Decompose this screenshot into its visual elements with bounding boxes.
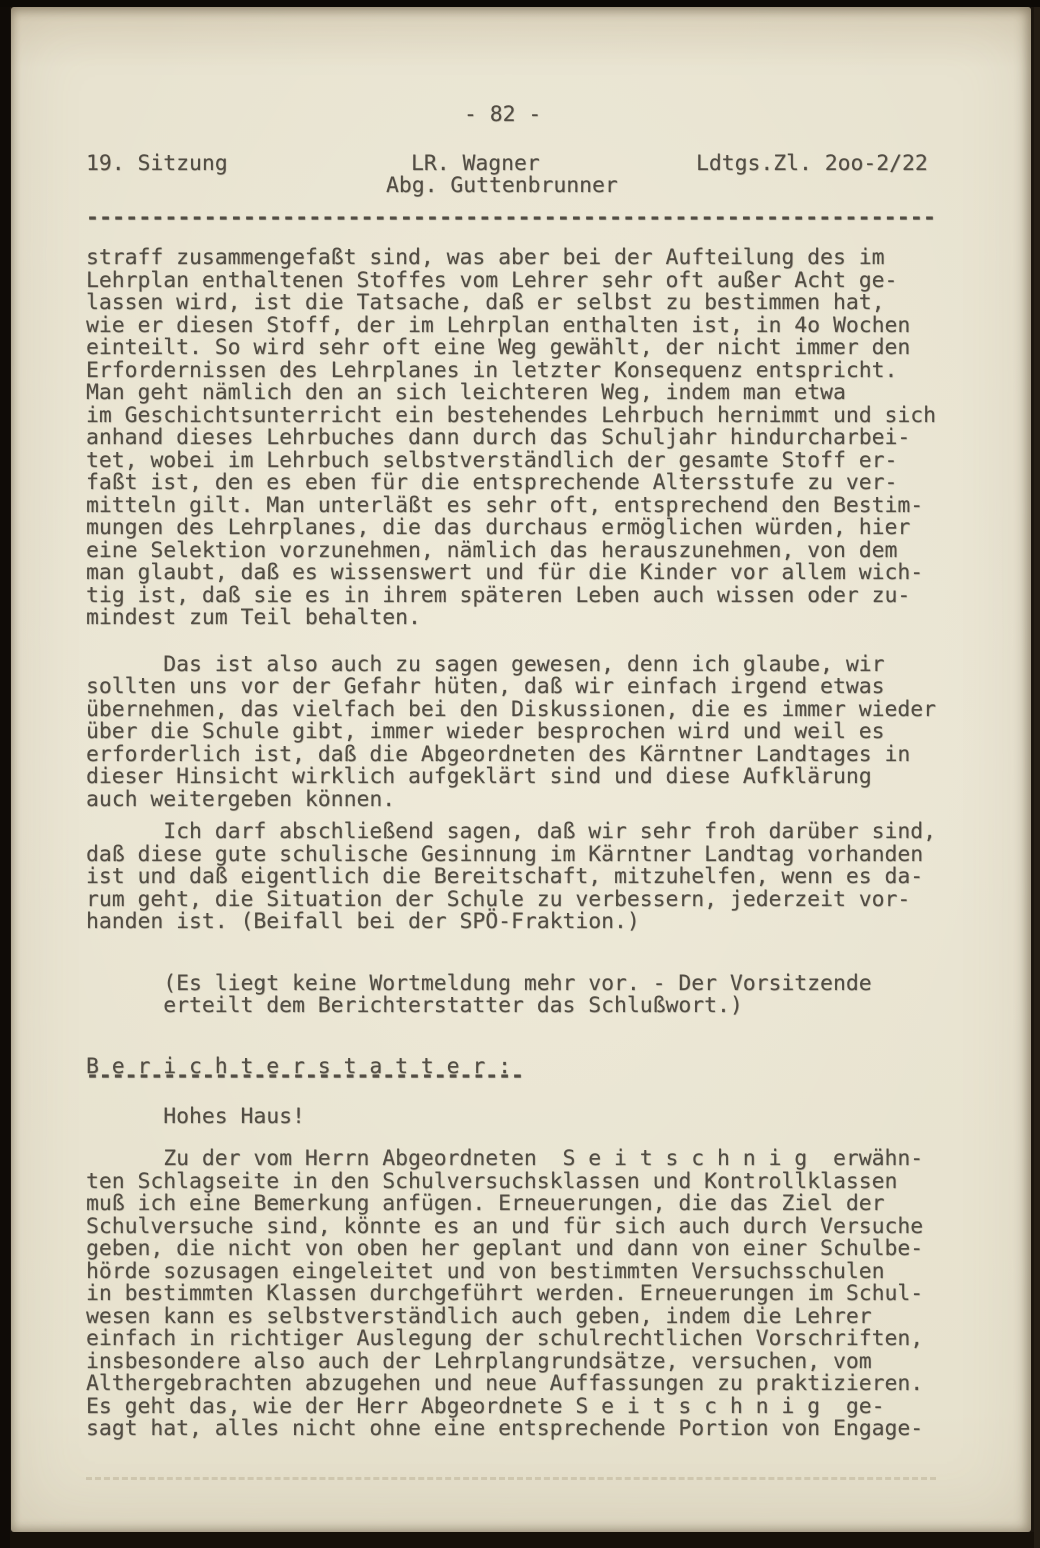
text-line: Man geht nämlich den an sich leichteren … bbox=[86, 382, 936, 405]
text-line: daß diese gute schulische Gesinnung im K… bbox=[86, 844, 936, 867]
text-line: rum geht, die Situation der Schule zu ve… bbox=[86, 889, 936, 912]
text-line: hörde sozusagen eingeleitet und von best… bbox=[86, 1261, 936, 1284]
text-line: handen ist. (Beifall bei der SPÖ-Fraktio… bbox=[86, 911, 936, 934]
bleedthrough-dashes bbox=[86, 1477, 936, 1480]
paper-sheet: - 82 - 19. Sitzung LR. Wagner Abg. Gutte… bbox=[11, 7, 1031, 1532]
text-line: mungen des Lehrplanes, die das durchaus … bbox=[86, 517, 936, 540]
text-line: faßt ist, den es eben für die entspreche… bbox=[86, 472, 936, 495]
salutation-text: Hohes Haus! bbox=[86, 1106, 936, 1129]
text-line: tig ist, daß sie es in ihrem späteren Le… bbox=[86, 585, 936, 608]
text-line: Althergebrachten abzugehen und neue Auff… bbox=[86, 1373, 936, 1396]
document-reference: Ldtgs.Zl. 2oo-2/22 bbox=[696, 153, 928, 176]
text-line: erteilt dem Berichterstatter das Schlußw… bbox=[86, 995, 936, 1018]
text-line: Das ist also auch zu sagen gewesen, denn… bbox=[86, 654, 936, 677]
text-line: anhand dieses Lehrbuches dann durch das … bbox=[86, 427, 936, 450]
text-line: mitteln gilt. Man unterläßt es sehr oft,… bbox=[86, 495, 936, 518]
text-line: (Es liegt keine Wortmeldung mehr vor. - … bbox=[86, 973, 936, 996]
session-label: 19. Sitzung bbox=[86, 153, 228, 176]
text-line: übernehmen, das vielfach bei den Diskuss… bbox=[86, 699, 936, 722]
text-line: sollten uns vor der Gefahr hüten, daß wi… bbox=[86, 676, 936, 699]
page-content: - 82 - 19. Sitzung LR. Wagner Abg. Gutte… bbox=[11, 7, 1031, 1532]
section-heading: B e r i c h t e r s t a t t e r : ------… bbox=[86, 1056, 936, 1088]
text-line: ist und daß eigentlich die Bereitschaft,… bbox=[86, 866, 936, 889]
page-header: 19. Sitzung LR. Wagner Abg. Guttenbrunne… bbox=[86, 153, 936, 198]
text-line: wie er diesen Stoff, der im Lehrplan ent… bbox=[86, 315, 936, 338]
text-line: einteilt. So wird sehr oft eine Weg gewä… bbox=[86, 337, 936, 360]
paragraph: straff zusammengefaßt sind, was aber bei… bbox=[86, 247, 936, 630]
text-line: einfach in richtiger Auslegung der schul… bbox=[86, 1328, 936, 1351]
page-number: - 82 - bbox=[464, 104, 936, 127]
salutation: Hohes Haus! bbox=[86, 1106, 936, 1129]
text-line: Ich darf abschließend sagen, daß wir seh… bbox=[86, 821, 936, 844]
text-line: Erfordernissen des Lehrplanes in letzter… bbox=[86, 360, 936, 383]
paragraph: Das ist also auch zu sagen gewesen, denn… bbox=[86, 654, 936, 812]
text-line: geben, die nicht von oben her geplant un… bbox=[86, 1238, 936, 1261]
stage-direction-note: (Es liegt keine Wortmeldung mehr vor. - … bbox=[86, 973, 936, 1018]
text-line: im Geschichtsunterricht ein bestehendes … bbox=[86, 405, 936, 428]
scan-background: - 82 - 19. Sitzung LR. Wagner Abg. Gutte… bbox=[0, 0, 1040, 1548]
text-line: erforderlich ist, daß die Abgeordneten d… bbox=[86, 744, 936, 767]
text-line: lassen wird, ist die Tatsache, daß er se… bbox=[86, 292, 936, 315]
text-line: mindest zum Teil behalten. bbox=[86, 607, 936, 630]
text-line: Lehrplan enthaltenen Stoffes vom Lehrer … bbox=[86, 270, 936, 293]
section-heading-underline: ---------------------------------- bbox=[86, 1065, 936, 1088]
speaker-names: LR. Wagner Abg. Guttenbrunner bbox=[386, 153, 618, 198]
text-line: tet, wobei im Lehrbuch selbstverständlic… bbox=[86, 450, 936, 473]
text-line: in bestimmten Klassen durchgeführt werde… bbox=[86, 1283, 936, 1306]
text-line: Schulversuche sind, könnte es an und für… bbox=[86, 1216, 936, 1239]
text-line: insbesondere also auch der Lehrplangrund… bbox=[86, 1351, 936, 1374]
speaker-name: Abg. Guttenbrunner bbox=[386, 175, 618, 198]
text-line: man glaubt, daß es wissenswert und für d… bbox=[86, 562, 936, 585]
speaker-name: LR. Wagner bbox=[411, 153, 618, 176]
text-line: Zu der vom Herrn Abgeordneten S e i t s … bbox=[86, 1148, 936, 1171]
text-line: eine Selektion vorzunehmen, nämlich das … bbox=[86, 540, 936, 563]
text-line: auch weitergeben können. bbox=[86, 789, 936, 812]
text-line: dieser Hinsicht wirklich aufgeklärt sind… bbox=[86, 766, 936, 789]
text-line: wesen kann es selbstverständlich auch ge… bbox=[86, 1306, 936, 1329]
paragraph: Ich darf abschließend sagen, daß wir seh… bbox=[86, 821, 936, 934]
text-line: über die Schule gibt, immer wieder bespr… bbox=[86, 721, 936, 744]
text-line: straff zusammengefaßt sind, was aber bei… bbox=[86, 247, 936, 270]
text-line: muß ich eine Bemerkung anfügen. Erneueru… bbox=[86, 1193, 936, 1216]
text-line: ten Schlagseite in den Schulversuchsklas… bbox=[86, 1171, 936, 1194]
text-line: Es geht das, wie der Herr Abgeordnete S … bbox=[86, 1396, 936, 1419]
paragraph: Zu der vom Herrn Abgeordneten S e i t s … bbox=[86, 1148, 936, 1441]
header-divider-dashes: ----------------------------------------… bbox=[86, 207, 936, 230]
text-line: sagt hat, alles nicht ohne eine entsprec… bbox=[86, 1418, 936, 1441]
